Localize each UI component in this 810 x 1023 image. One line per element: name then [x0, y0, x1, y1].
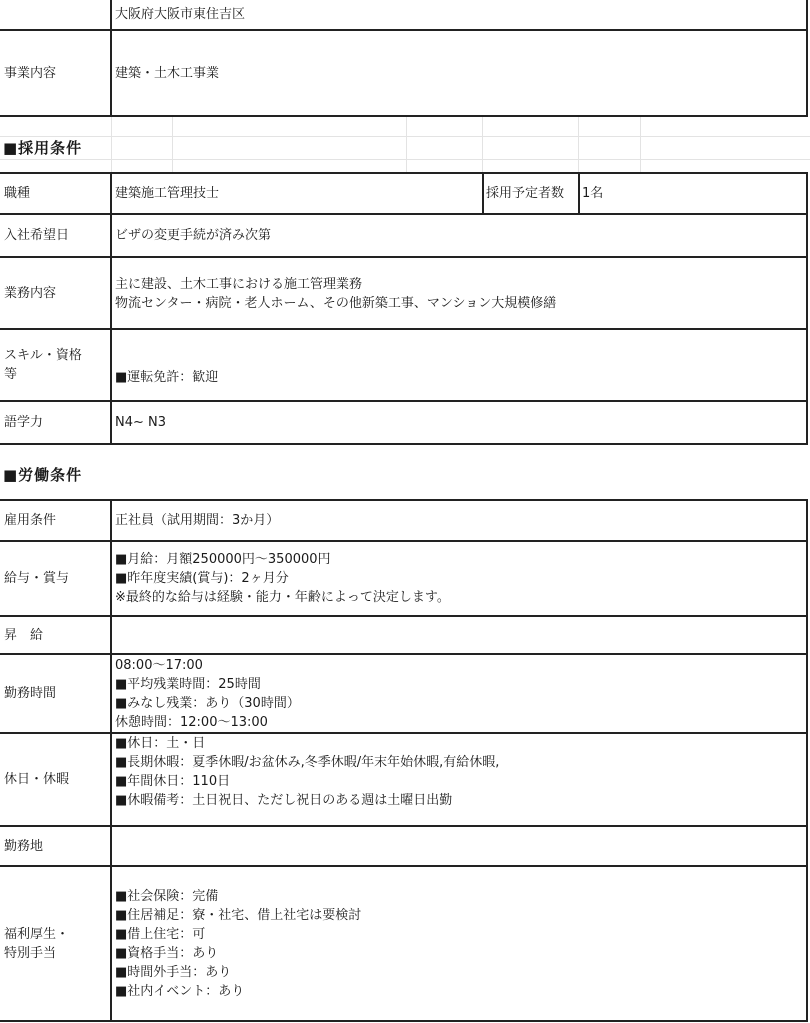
raise-value	[112, 617, 115, 653]
benefits-line: ■時間外手当：あり	[115, 963, 361, 982]
duties-label: 業務内容	[0, 258, 56, 328]
headcount-value: 1名	[580, 174, 603, 213]
skills-label: スキル・資格 等	[0, 330, 82, 400]
holidays-label: 休日・休暇	[0, 734, 69, 825]
skills-label-line: 等	[4, 365, 82, 384]
job-type-value: 建築施工管理技士	[112, 174, 219, 213]
benefits-label: 福利厚生・ 特別手当	[0, 867, 69, 1020]
hours-line: ■平均残業時間：25時間	[115, 675, 300, 694]
raise-label: 昇 給	[0, 617, 43, 653]
benefits-line: ■資格手当：あり	[115, 944, 361, 963]
language-label: 語学力	[0, 402, 43, 443]
hours-line: ■みなし残業：あり（30時間）	[115, 694, 300, 713]
headcount-label: 採用予定者数	[484, 174, 564, 213]
start-date-label: 入社希望日	[0, 215, 69, 256]
address-value: 大阪府大阪市東住吉区	[112, 0, 245, 29]
language-value: N4~ N3	[112, 402, 166, 443]
hours-label: 勤務時間	[0, 655, 56, 732]
hours-line: 休憩時間：12:00～13:00	[115, 713, 300, 732]
salary-line: ■昨年度実績(賞与)：2ヶ月分	[115, 569, 450, 588]
salary-label: 給与・賞与	[0, 542, 69, 615]
salary-value: ■月給：月額250000円～350000円 ■昨年度実績(賞与)：2ヶ月分 ※最…	[112, 542, 450, 615]
workplace-label: 勤務地	[0, 827, 43, 865]
benefits-label-line: 福利厚生・	[4, 925, 69, 944]
skills-value: ■運転免許：歓迎	[112, 330, 218, 400]
holidays-line: ■休日：土・日	[115, 734, 499, 753]
duties-value: 主に建設、土木工事における施工管理業務 物流センター・病院・老人ホーム、その他新…	[112, 258, 556, 328]
salary-line: ■月給：月額250000円～350000円	[115, 550, 450, 569]
holidays-line: ■長期休暇：夏季休暇/お盆休み,冬季休暇/年末年始休暇,有給休暇,	[115, 753, 499, 772]
holidays-line: ■年間休日：110日	[115, 772, 499, 791]
benefits-line: ■住居補足：寮・社宅、借上社宅は要検討	[115, 906, 361, 925]
benefits-value: ■社会保険：完備 ■住居補足：寮・社宅、借上社宅は要検討 ■借上住宅：可 ■資格…	[112, 867, 361, 1020]
business-value: 建築・土木工事業	[112, 31, 219, 115]
workplace-value	[112, 827, 115, 865]
business-label: 事業内容	[0, 31, 56, 115]
section-title-labor: ■労働条件	[3, 464, 82, 485]
hours-line: 08:00～17:00	[115, 656, 300, 675]
holidays-line: ■休暇備考：土日祝日、ただし祝日のある週は土曜日出勤	[115, 791, 499, 810]
salary-line: ※最終的な給与は経験・能力・年齢によって決定します。	[115, 588, 450, 607]
holidays-value: ■休日：土・日 ■長期休暇：夏季休暇/お盆休み,冬季休暇/年末年始休暇,有給休暇…	[112, 734, 499, 825]
skills-label-line: スキル・資格	[4, 346, 82, 365]
duties-line: 主に建設、土木工事における施工管理業務	[115, 275, 556, 294]
benefits-line: ■借上住宅：可	[115, 925, 361, 944]
job-type-label: 職種	[0, 174, 30, 213]
benefits-line: ■社内イベント：あり	[115, 982, 361, 1001]
section-title-recruitment: ■採用条件	[3, 137, 82, 158]
start-date-value: ビザの変更手続が済み次第	[112, 215, 271, 256]
benefits-label-line: 特別手当	[4, 944, 69, 963]
employment-label: 雇用条件	[0, 501, 56, 540]
hours-value: 08:00～17:00 ■平均残業時間：25時間 ■みなし残業：あり（30時間）…	[112, 655, 300, 732]
benefits-line: ■社会保険：完備	[115, 887, 361, 906]
employment-value: 正社員（試用期間：3か月）	[112, 501, 279, 540]
duties-line: 物流センター・病院・老人ホーム、その他新築工事、マンション大規模修繕	[115, 294, 556, 313]
